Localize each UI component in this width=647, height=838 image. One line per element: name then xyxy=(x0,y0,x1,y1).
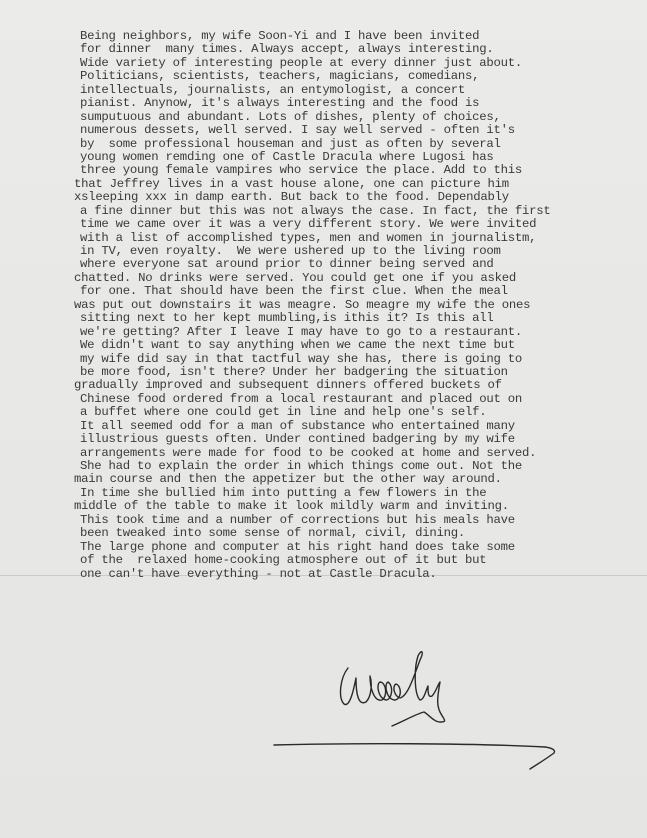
letter-line: in TV, even royalty. We were ushered up … xyxy=(80,245,640,258)
letter-line: She had to explain the order in which th… xyxy=(80,460,640,473)
letter-line: numerous dessets, well served. I say wel… xyxy=(80,124,640,137)
signature-stroke xyxy=(341,652,445,726)
letter-line: with a list of accomplished types, men a… xyxy=(80,232,640,245)
letter-line: Being neighbors, my wife Soon-Yi and I h… xyxy=(80,30,640,43)
letter-line: main course and then the appetizer but t… xyxy=(74,473,640,486)
letter-paper: Being neighbors, my wife Soon-Yi and I h… xyxy=(0,0,647,838)
signature-woody: Woody xyxy=(330,638,480,738)
letter-line: where everyone sat around prior to dinne… xyxy=(80,258,640,271)
letter-line: sumputuous and abundant. Lots of dishes,… xyxy=(80,111,640,124)
underline-stroke xyxy=(274,744,555,769)
letter-line: young women remding one of Castle Dracul… xyxy=(80,151,640,164)
letter-line: time we came over it was a very differen… xyxy=(80,218,640,231)
letter-line: chatted. No drinks were served. You coul… xyxy=(74,272,640,285)
letter-line: that Jeffrey lives in a vast house alone… xyxy=(74,178,640,191)
letter-line: Wide variety of interesting people at ev… xyxy=(80,57,640,70)
letter-line: This took time and a number of correctio… xyxy=(80,514,640,527)
letter-line: one can't have everything - not at Castl… xyxy=(80,568,640,581)
letter-body: Being neighbors, my wife Soon-Yi and I h… xyxy=(80,30,640,581)
letter-line: by some professional houseman and just a… xyxy=(80,138,640,151)
letter-line: gradually improved and subsequent dinner… xyxy=(74,379,640,392)
signature-underline xyxy=(270,735,570,775)
letter-line: been tweaked into some sense of normal, … xyxy=(80,527,640,540)
letter-line: for one. That should have been the first… xyxy=(80,285,640,298)
letter-line: of the relaxed home-cooking atmosphere o… xyxy=(80,554,640,567)
letter-line: It all seemed odd for a man of substance… xyxy=(80,420,640,433)
letter-line: xsleeping xxx in damp earth. But back to… xyxy=(74,191,640,204)
letter-line: arrangements were made for food to be co… xyxy=(80,447,640,460)
letter-line: The large phone and computer at his righ… xyxy=(80,541,640,554)
letter-line: was put out downstairs it was meagre. So… xyxy=(74,299,640,312)
letter-line: be more food, isn't there? Under her bad… xyxy=(80,366,640,379)
letter-line: In time she bullied him into putting a f… xyxy=(80,487,640,500)
letter-line: for dinner many times. Always accept, al… xyxy=(80,43,640,56)
letter-line: Chinese food ordered from a local restau… xyxy=(80,393,640,406)
letter-line: we're getting? After I leave I may have … xyxy=(80,326,640,339)
letter-line: a buffet where one could get in line and… xyxy=(80,406,640,419)
letter-line: pianist. Anynow, it's always interesting… xyxy=(80,97,640,110)
letter-line: intellectuals, journalists, an entymolog… xyxy=(80,84,640,97)
letter-line: illustrious guests often. Under contined… xyxy=(80,433,640,446)
letter-line: sitting next to her kept mumbling,is ith… xyxy=(80,312,640,325)
letter-line: my wife did say in that tactful way she … xyxy=(80,353,640,366)
letter-line: middle of the table to make it look mild… xyxy=(74,500,640,513)
letter-line: three young female vampires who service … xyxy=(80,164,640,177)
letter-line: Politicians, scientists, teachers, magic… xyxy=(80,70,640,83)
letter-line: We didn't want to say anything when we c… xyxy=(80,339,640,352)
letter-line: a fine dinner but this was not always th… xyxy=(80,205,640,218)
